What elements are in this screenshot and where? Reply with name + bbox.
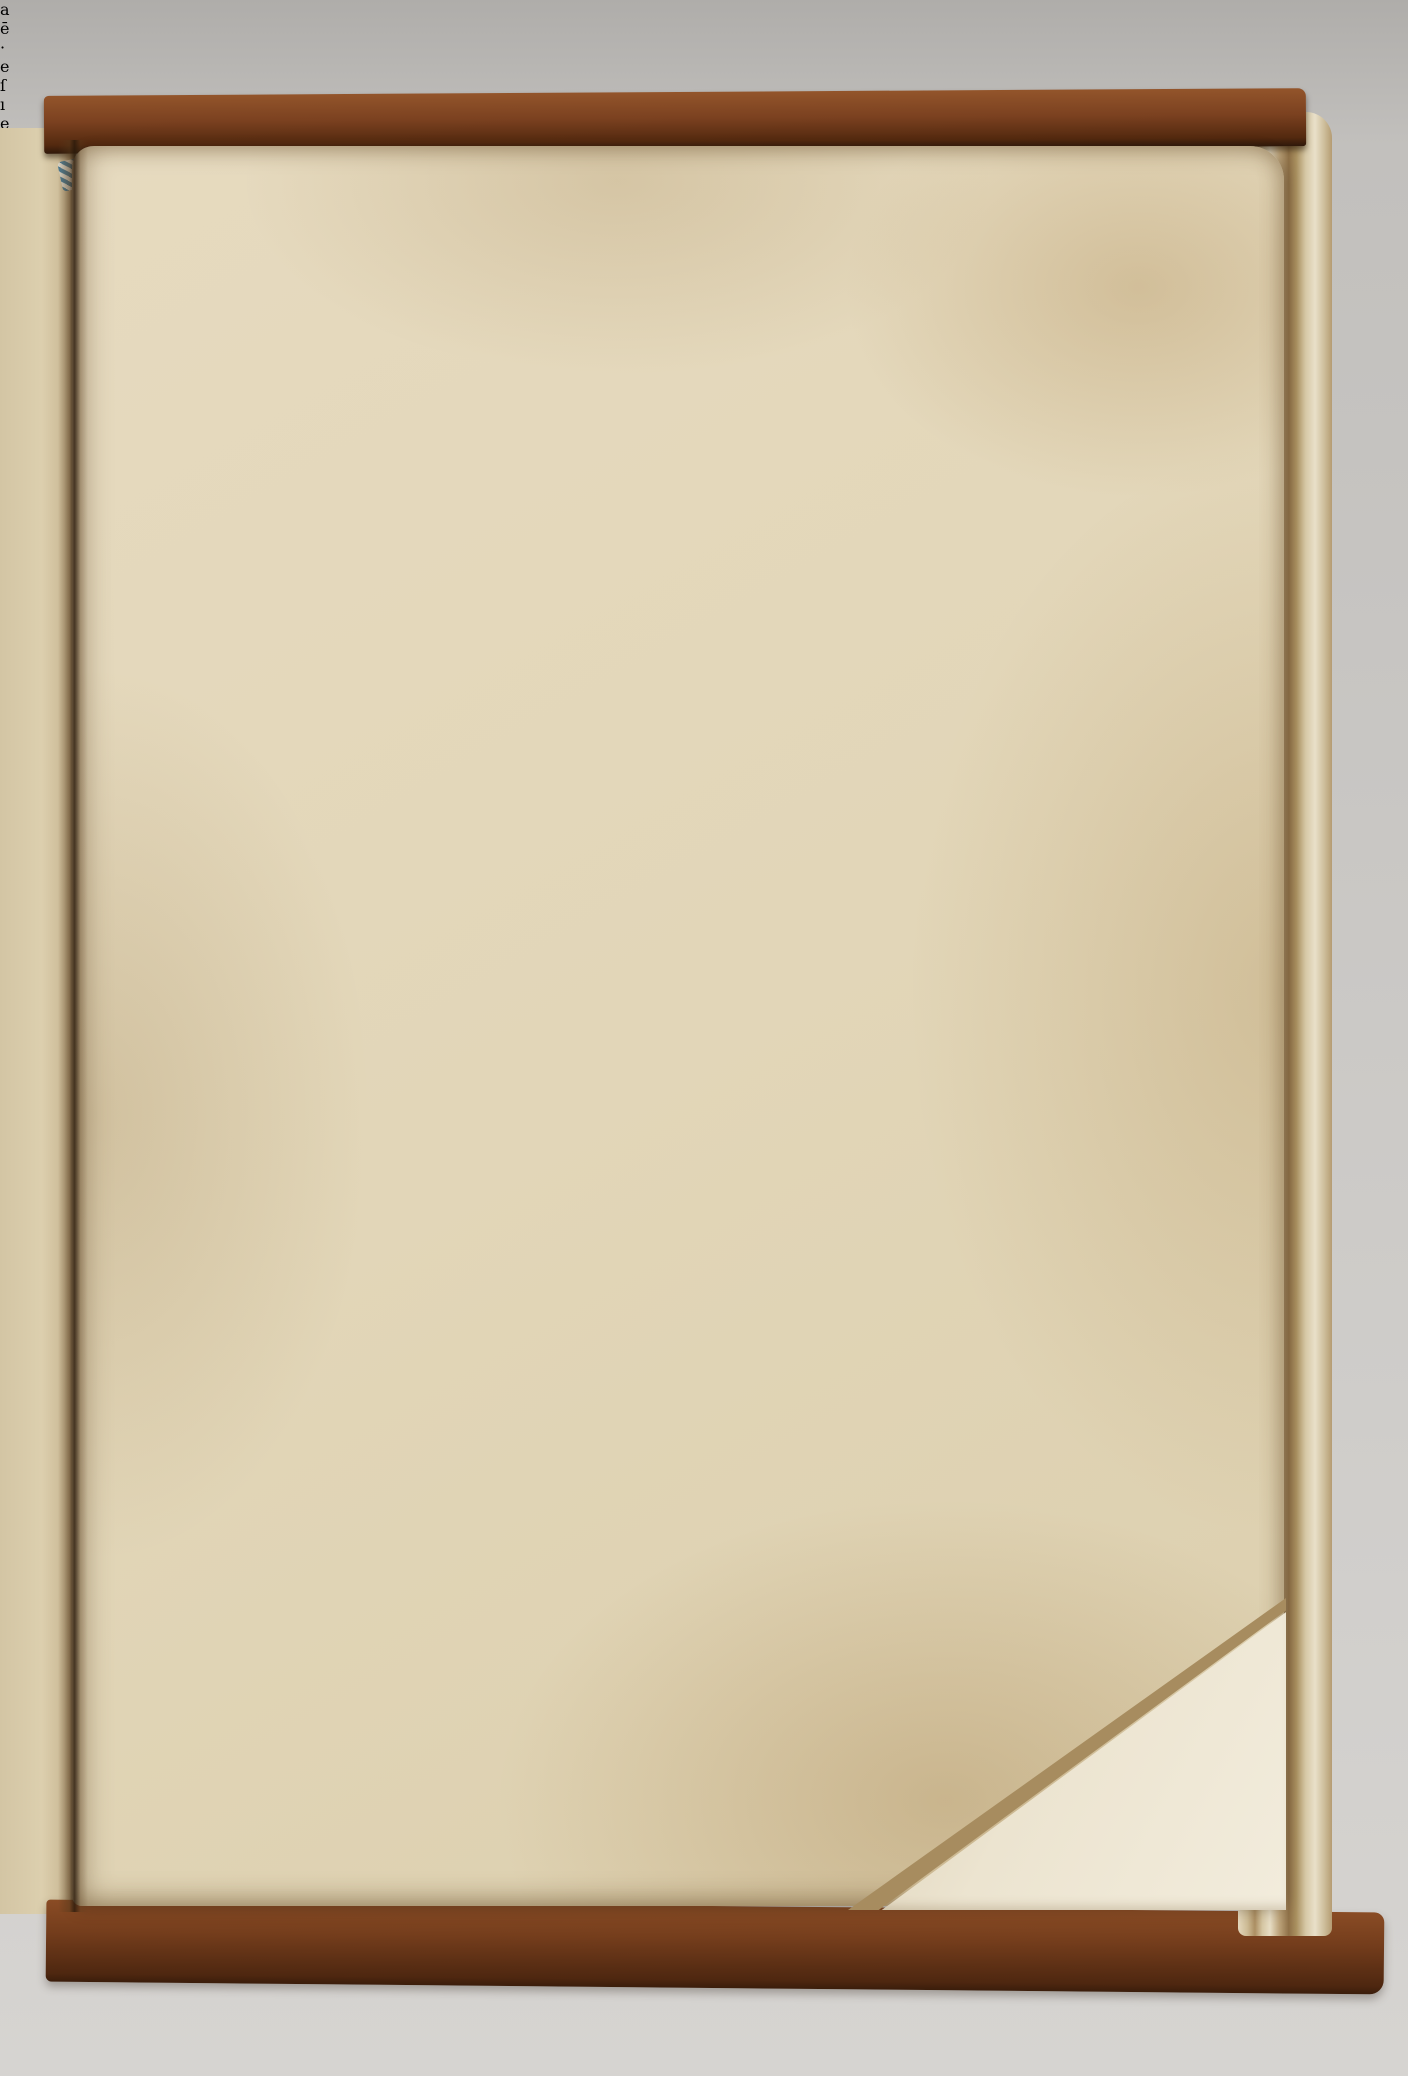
margin-letter-fragment: ē bbox=[0, 19, 1408, 38]
gutter-crease bbox=[58, 140, 88, 1912]
book-cover-top-edge bbox=[44, 88, 1306, 154]
margin-letter-fragment: · bbox=[0, 38, 1408, 57]
manuscript-page bbox=[72, 146, 1284, 1906]
margin-letter-fragment: e bbox=[0, 57, 1408, 76]
margin-letter-fragment: a bbox=[0, 0, 1408, 19]
manuscript-photo: aē·eſıet 158 c Ne forte sicū peccatorū u… bbox=[0, 0, 1408, 2076]
